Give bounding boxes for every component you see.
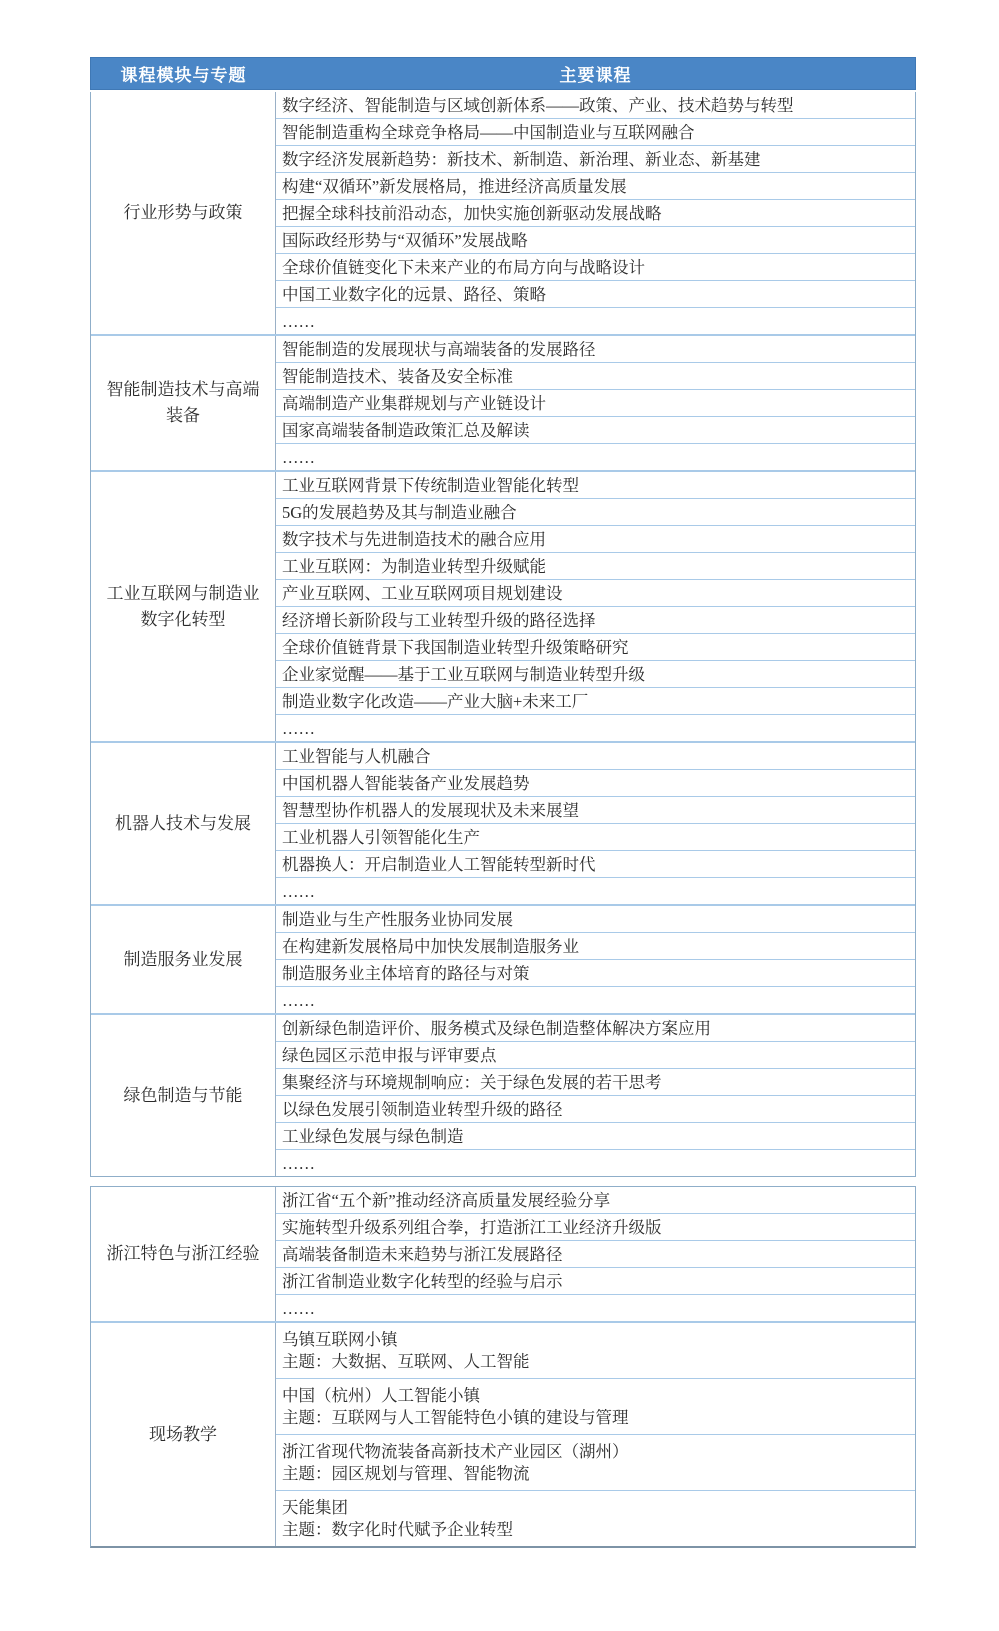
course-row: 智慧型协作机器人的发展现状及未来展望 bbox=[276, 797, 915, 824]
courses-column-header: 主要课程 bbox=[276, 61, 915, 86]
section-row: 现场教学乌镇互联网小镇主题：大数据、互联网、人工智能中国（杭州）人工智能小镇主题… bbox=[91, 1321, 915, 1546]
course-row: 智能制造重构全球竞争格局——中国制造业与互联网融合 bbox=[276, 119, 915, 146]
courses-cell: 工业互联网背景下传统制造业智能化转型5G的发展趋势及其与制造业融合数字技术与先进… bbox=[276, 472, 915, 741]
course-row: 以绿色发展引领制造业转型升级的路径 bbox=[276, 1096, 915, 1123]
course-line: 制造服务业主体培育的路径与对策 bbox=[282, 963, 909, 984]
section-row: 行业形势与政策数字经济、智能制造与区域创新体系——政策、产业、技术趋势与转型智能… bbox=[91, 92, 915, 334]
course-line: 把握全球科技前沿动态，加快实施创新驱动发展战略 bbox=[282, 203, 909, 224]
course-table: 课程模块与专题 主要课程 行业形势与政策数字经济、智能制造与区域创新体系——政策… bbox=[90, 57, 916, 1548]
course-line: …… bbox=[282, 718, 909, 739]
table-group: 浙江特色与浙江经验浙江省“五个新”推动经济高质量发展经验分享实施转型升级系列组合… bbox=[90, 1186, 916, 1548]
course-line: 以绿色发展引领制造业转型升级的路径 bbox=[282, 1099, 909, 1120]
course-row: …… bbox=[276, 444, 915, 470]
course-row: 5G的发展趋势及其与制造业融合 bbox=[276, 499, 915, 526]
course-line: …… bbox=[282, 990, 909, 1011]
course-row: …… bbox=[276, 1150, 915, 1176]
module-cell: 智能制造技术与高端装备 bbox=[91, 336, 276, 470]
course-line: …… bbox=[282, 1153, 909, 1174]
course-row: 智能制造的发展现状与高端装备的发展路径 bbox=[276, 336, 915, 363]
course-line: …… bbox=[282, 447, 909, 468]
course-line: 浙江省现代物流装备高新技术产业园区（湖州） bbox=[282, 1441, 909, 1463]
course-row: 工业绿色发展与绿色制造 bbox=[276, 1123, 915, 1150]
page: 课程模块与专题 主要课程 行业形势与政策数字经济、智能制造与区域创新体系——政策… bbox=[0, 0, 999, 1631]
course-row: 产业互联网、工业互联网项目规划建设 bbox=[276, 580, 915, 607]
course-row: 中国机器人智能装备产业发展趋势 bbox=[276, 770, 915, 797]
course-row: 集聚经济与环境规制响应：关于绿色发展的若干思考 bbox=[276, 1069, 915, 1096]
course-row: 企业家觉醒——基于工业互联网与制造业转型升级 bbox=[276, 661, 915, 688]
course-row: 经济增长新阶段与工业转型升级的路径选择 bbox=[276, 607, 915, 634]
course-line: 高端制造产业集群规划与产业链设计 bbox=[282, 393, 909, 414]
course-line: 中国（杭州）人工智能小镇 bbox=[282, 1385, 909, 1407]
course-row: 数字技术与先进制造技术的融合应用 bbox=[276, 526, 915, 553]
course-row: 浙江省现代物流装备高新技术产业园区（湖州）主题：园区规划与管理、智能物流 bbox=[276, 1435, 915, 1491]
course-line: 经济增长新阶段与工业转型升级的路径选择 bbox=[282, 610, 909, 631]
module-cell: 现场教学 bbox=[91, 1323, 276, 1546]
course-line: 中国工业数字化的远景、路径、策略 bbox=[282, 284, 909, 305]
course-row: 高端制造产业集群规划与产业链设计 bbox=[276, 390, 915, 417]
course-line: 智能制造的发展现状与高端装备的发展路径 bbox=[282, 339, 909, 360]
course-line: 工业智能与人机融合 bbox=[282, 746, 909, 767]
course-line: 构建“双循环”新发展格局，推进经济高质量发展 bbox=[282, 176, 909, 197]
module-cell: 行业形势与政策 bbox=[91, 92, 276, 334]
course-line: 主题：园区规划与管理、智能物流 bbox=[282, 1463, 909, 1485]
table-group: 行业形势与政策数字经济、智能制造与区域创新体系——政策、产业、技术趋势与转型智能… bbox=[90, 92, 916, 1177]
course-line: …… bbox=[282, 311, 909, 332]
module-column-header: 课程模块与专题 bbox=[91, 61, 276, 86]
course-row: 构建“双循环”新发展格局，推进经济高质量发展 bbox=[276, 173, 915, 200]
course-row: 乌镇互联网小镇主题：大数据、互联网、人工智能 bbox=[276, 1323, 915, 1379]
course-row: 全球价值链变化下未来产业的布局方向与战略设计 bbox=[276, 254, 915, 281]
section-row: 工业互联网与制造业数字化转型工业互联网背景下传统制造业智能化转型5G的发展趋势及… bbox=[91, 470, 915, 741]
module-cell: 制造服务业发展 bbox=[91, 906, 276, 1013]
course-line: 集聚经济与环境规制响应：关于绿色发展的若干思考 bbox=[282, 1072, 909, 1093]
course-line: 创新绿色制造评价、服务模式及绿色制造整体解决方案应用 bbox=[282, 1018, 909, 1039]
course-row: …… bbox=[276, 308, 915, 334]
courses-cell: 创新绿色制造评价、服务模式及绿色制造整体解决方案应用绿色园区示范申报与评审要点集… bbox=[276, 1015, 915, 1176]
courses-cell: 数字经济、智能制造与区域创新体系——政策、产业、技术趋势与转型智能制造重构全球竞… bbox=[276, 92, 915, 334]
course-line: 工业互联网背景下传统制造业智能化转型 bbox=[282, 475, 909, 496]
course-row: 工业互联网背景下传统制造业智能化转型 bbox=[276, 472, 915, 499]
course-row: 制造业与生产性服务业协同发展 bbox=[276, 906, 915, 933]
course-line: 全球价值链背景下我国制造业转型升级策略研究 bbox=[282, 637, 909, 658]
course-row: 智能制造技术、装备及安全标准 bbox=[276, 363, 915, 390]
course-line: …… bbox=[282, 881, 909, 902]
course-line: 5G的发展趋势及其与制造业融合 bbox=[282, 502, 909, 523]
course-line: 智能制造技术、装备及安全标准 bbox=[282, 366, 909, 387]
course-line: 制造业与生产性服务业协同发展 bbox=[282, 909, 909, 930]
course-row: 高端装备制造未来趋势与浙江发展路径 bbox=[276, 1241, 915, 1268]
course-line: 主题：数字化时代赋予企业转型 bbox=[282, 1519, 909, 1541]
course-row: …… bbox=[276, 878, 915, 904]
course-row: 工业机器人引领智能化生产 bbox=[276, 824, 915, 851]
course-row: 全球价值链背景下我国制造业转型升级策略研究 bbox=[276, 634, 915, 661]
course-row: 国际政经形势与“双循环”发展战略 bbox=[276, 227, 915, 254]
course-line: …… bbox=[282, 1298, 909, 1319]
course-row: 制造服务业主体培育的路径与对策 bbox=[276, 960, 915, 987]
section-row: 智能制造技术与高端装备智能制造的发展现状与高端装备的发展路径智能制造技术、装备及… bbox=[91, 334, 915, 470]
course-row: 创新绿色制造评价、服务模式及绿色制造整体解决方案应用 bbox=[276, 1015, 915, 1042]
table-body: 行业形势与政策数字经济、智能制造与区域创新体系——政策、产业、技术趋势与转型智能… bbox=[90, 92, 916, 1548]
course-row: 天能集团主题：数字化时代赋予企业转型 bbox=[276, 1491, 915, 1546]
courses-cell: 乌镇互联网小镇主题：大数据、互联网、人工智能中国（杭州）人工智能小镇主题：互联网… bbox=[276, 1323, 915, 1546]
course-row: 把握全球科技前沿动态，加快实施创新驱动发展战略 bbox=[276, 200, 915, 227]
course-row: 绿色园区示范申报与评审要点 bbox=[276, 1042, 915, 1069]
course-line: 工业机器人引领智能化生产 bbox=[282, 827, 909, 848]
course-row: 实施转型升级系列组合拳，打造浙江工业经济升级版 bbox=[276, 1214, 915, 1241]
course-row: 中国（杭州）人工智能小镇主题：互联网与人工智能特色小镇的建设与管理 bbox=[276, 1379, 915, 1435]
module-cell: 机器人技术与发展 bbox=[91, 743, 276, 904]
table-header-row: 课程模块与专题 主要课程 bbox=[90, 57, 916, 90]
course-line: 工业绿色发展与绿色制造 bbox=[282, 1126, 909, 1147]
course-line: 天能集团 bbox=[282, 1497, 909, 1519]
course-line: 国际政经形势与“双循环”发展战略 bbox=[282, 230, 909, 251]
course-line: 数字经济发展新趋势：新技术、新制造、新治理、新业态、新基建 bbox=[282, 149, 909, 170]
course-line: 浙江省“五个新”推动经济高质量发展经验分享 bbox=[282, 1190, 909, 1211]
course-line: 产业互联网、工业互联网项目规划建设 bbox=[282, 583, 909, 604]
course-line: 企业家觉醒——基于工业互联网与制造业转型升级 bbox=[282, 664, 909, 685]
module-cell: 绿色制造与节能 bbox=[91, 1015, 276, 1176]
courses-cell: 制造业与生产性服务业协同发展在构建新发展格局中加快发展制造服务业制造服务业主体培… bbox=[276, 906, 915, 1013]
course-row: 中国工业数字化的远景、路径、策略 bbox=[276, 281, 915, 308]
course-row: 浙江省制造业数字化转型的经验与启示 bbox=[276, 1268, 915, 1295]
course-row: 工业互联网：为制造业转型升级赋能 bbox=[276, 553, 915, 580]
course-row: 国家高端装备制造政策汇总及解读 bbox=[276, 417, 915, 444]
course-line: 制造业数字化改造——产业大脑+未来工厂 bbox=[282, 691, 909, 712]
course-line: 数字技术与先进制造技术的融合应用 bbox=[282, 529, 909, 550]
course-row: 机器换人：开启制造业人工智能转型新时代 bbox=[276, 851, 915, 878]
course-row: 制造业数字化改造——产业大脑+未来工厂 bbox=[276, 688, 915, 715]
module-cell: 工业互联网与制造业数字化转型 bbox=[91, 472, 276, 741]
course-row: 数字经济发展新趋势：新技术、新制造、新治理、新业态、新基建 bbox=[276, 146, 915, 173]
courses-cell: 浙江省“五个新”推动经济高质量发展经验分享实施转型升级系列组合拳，打造浙江工业经… bbox=[276, 1187, 915, 1321]
section-row: 浙江特色与浙江经验浙江省“五个新”推动经济高质量发展经验分享实施转型升级系列组合… bbox=[91, 1187, 915, 1321]
course-line: 中国机器人智能装备产业发展趋势 bbox=[282, 773, 909, 794]
course-line: 国家高端装备制造政策汇总及解读 bbox=[282, 420, 909, 441]
course-line: 浙江省制造业数字化转型的经验与启示 bbox=[282, 1271, 909, 1292]
course-line: 绿色园区示范申报与评审要点 bbox=[282, 1045, 909, 1066]
course-line: 主题：互联网与人工智能特色小镇的建设与管理 bbox=[282, 1407, 909, 1429]
course-line: 全球价值链变化下未来产业的布局方向与战略设计 bbox=[282, 257, 909, 278]
courses-cell: 工业智能与人机融合中国机器人智能装备产业发展趋势智慧型协作机器人的发展现状及未来… bbox=[276, 743, 915, 904]
course-line: 高端装备制造未来趋势与浙江发展路径 bbox=[282, 1244, 909, 1265]
course-line: 在构建新发展格局中加快发展制造服务业 bbox=[282, 936, 909, 957]
course-row: 在构建新发展格局中加快发展制造服务业 bbox=[276, 933, 915, 960]
course-line: 实施转型升级系列组合拳，打造浙江工业经济升级版 bbox=[282, 1217, 909, 1238]
course-line: 工业互联网：为制造业转型升级赋能 bbox=[282, 556, 909, 577]
section-row: 绿色制造与节能创新绿色制造评价、服务模式及绿色制造整体解决方案应用绿色园区示范申… bbox=[91, 1013, 915, 1176]
course-line: 智慧型协作机器人的发展现状及未来展望 bbox=[282, 800, 909, 821]
course-row: 浙江省“五个新”推动经济高质量发展经验分享 bbox=[276, 1187, 915, 1214]
course-row: 工业智能与人机融合 bbox=[276, 743, 915, 770]
course-line: 数字经济、智能制造与区域创新体系——政策、产业、技术趋势与转型 bbox=[282, 95, 909, 116]
course-row: …… bbox=[276, 1295, 915, 1321]
course-line: 主题：大数据、互联网、人工智能 bbox=[282, 1351, 909, 1373]
section-row: 机器人技术与发展工业智能与人机融合中国机器人智能装备产业发展趋势智慧型协作机器人… bbox=[91, 741, 915, 904]
section-row: 制造服务业发展制造业与生产性服务业协同发展在构建新发展格局中加快发展制造服务业制… bbox=[91, 904, 915, 1013]
course-row: …… bbox=[276, 715, 915, 741]
course-line: 智能制造重构全球竞争格局——中国制造业与互联网融合 bbox=[282, 122, 909, 143]
module-cell: 浙江特色与浙江经验 bbox=[91, 1187, 276, 1321]
course-row: …… bbox=[276, 987, 915, 1013]
course-line: 机器换人：开启制造业人工智能转型新时代 bbox=[282, 854, 909, 875]
course-line: 乌镇互联网小镇 bbox=[282, 1329, 909, 1351]
course-row: 数字经济、智能制造与区域创新体系——政策、产业、技术趋势与转型 bbox=[276, 92, 915, 119]
courses-cell: 智能制造的发展现状与高端装备的发展路径智能制造技术、装备及安全标准高端制造产业集… bbox=[276, 336, 915, 470]
